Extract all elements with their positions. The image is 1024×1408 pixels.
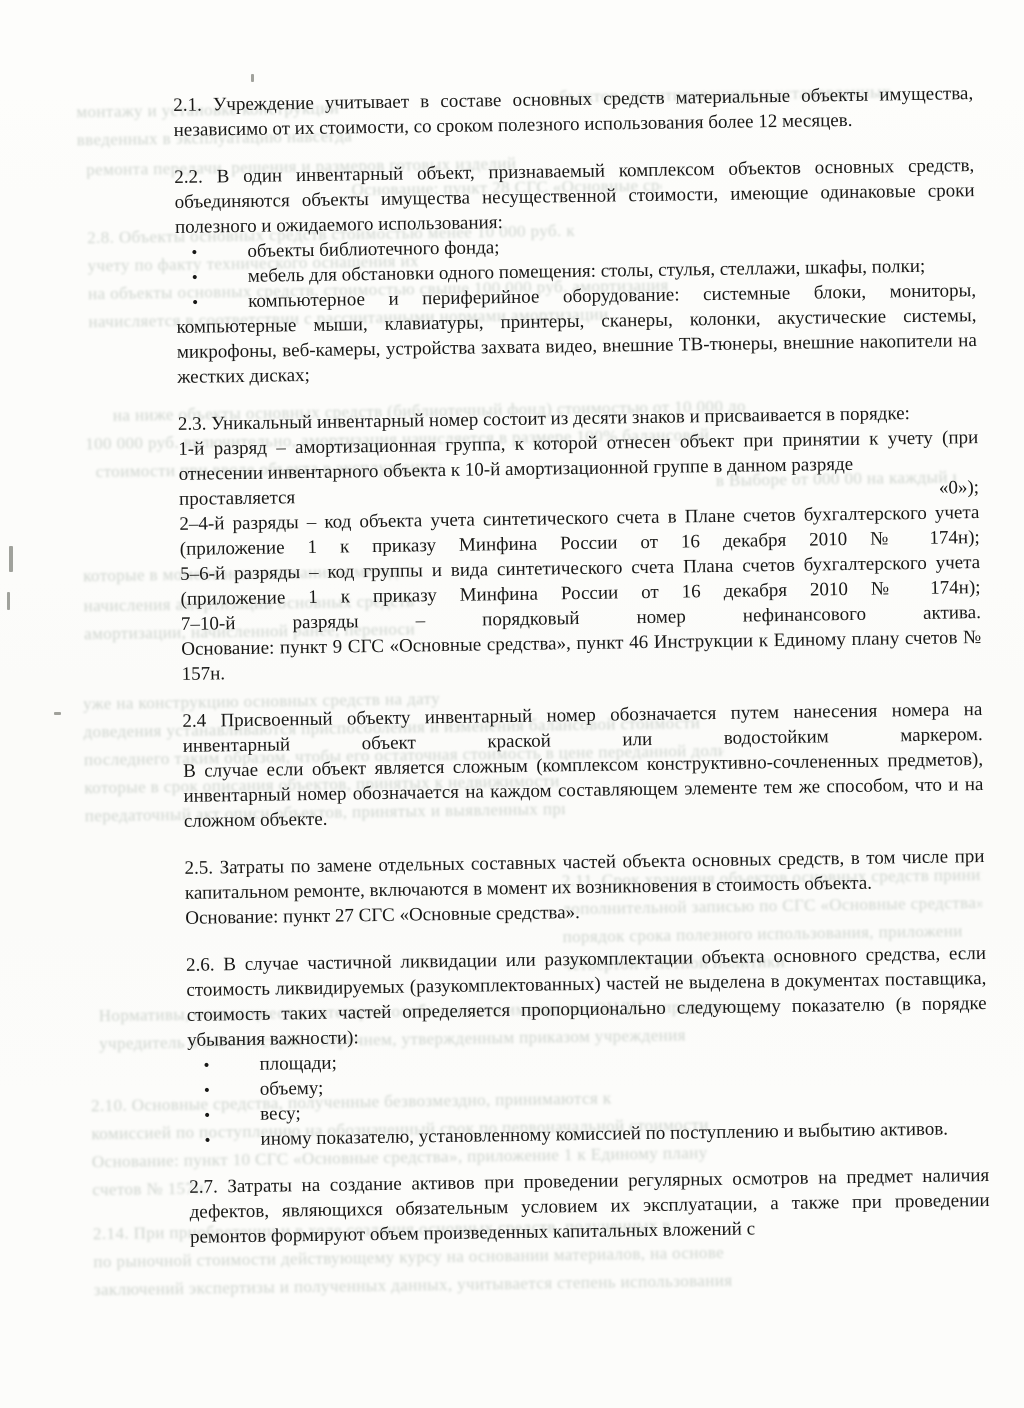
scan-speck [251,74,254,82]
bullet-marker: • [188,1127,260,1153]
paragraph-2-2-intro: 2.2. В один инвентарный объект, признава… [174,153,975,240]
scanned-document-page: монтажу и установке конструкцийобъектов,… [0,0,1024,1408]
bleed-through-line: заключений экспертизы и полученных данны… [94,1269,874,1301]
scan-speck [7,592,10,610]
list-item: •компьютерное и периферийное оборудовани… [176,278,977,390]
digit-1-tail-left: проставляется [179,485,295,512]
bullet-marker: • [188,1077,260,1103]
document-body: 2.1. Учреждение учитывает в составе осно… [173,81,990,1250]
list-item-text: весу; [260,1103,301,1125]
section-2-3: 2.3. Уникальный инвентарный номер состои… [178,400,982,687]
scan-speck [9,546,13,572]
bullet-marker: • [176,289,248,315]
bullet-marker: • [176,264,248,290]
section-2-5: 2.5. Затраты по замене отдельных составн… [184,844,985,931]
scan-skew-wrapper: монтажу и установке конструкцийобъектов,… [0,0,1024,1408]
section-2-4: 2.4 Присвоенный объекту инвентарный номе… [182,697,984,834]
list-item-text: объекты библиотечного фонда; [247,237,499,262]
list-item-text: объему; [260,1078,324,1100]
bullet-marker: • [187,1052,259,1078]
scan-speck [54,712,61,715]
digit-1-tail-right: «0»); [939,475,979,501]
list-item-text: площади; [259,1053,337,1075]
bullet-marker: • [175,239,247,265]
paragraph-2-6-intro: 2.6. В случае частичной ликвидации или р… [186,941,987,1053]
paragraph-2-1: 2.1. Учреждение учитывает в составе осно… [173,81,974,143]
paragraph-2-7: 2.7. Затраты на создание активов при про… [189,1163,990,1250]
paragraph-2-4-b: В случае если объект является сложным (к… [183,747,984,834]
section-2-6: 2.6. В случае частичной ликвидации или р… [186,941,989,1153]
bullet-marker: • [188,1102,260,1128]
list-item-text: компьютерное и периферийное оборудование… [176,280,977,388]
paragraph-2-3-basis: Основание: пункт 9 СГС «Основные средств… [181,625,982,687]
section-2-2: 2.2. В один инвентарный объект, признава… [174,153,977,390]
